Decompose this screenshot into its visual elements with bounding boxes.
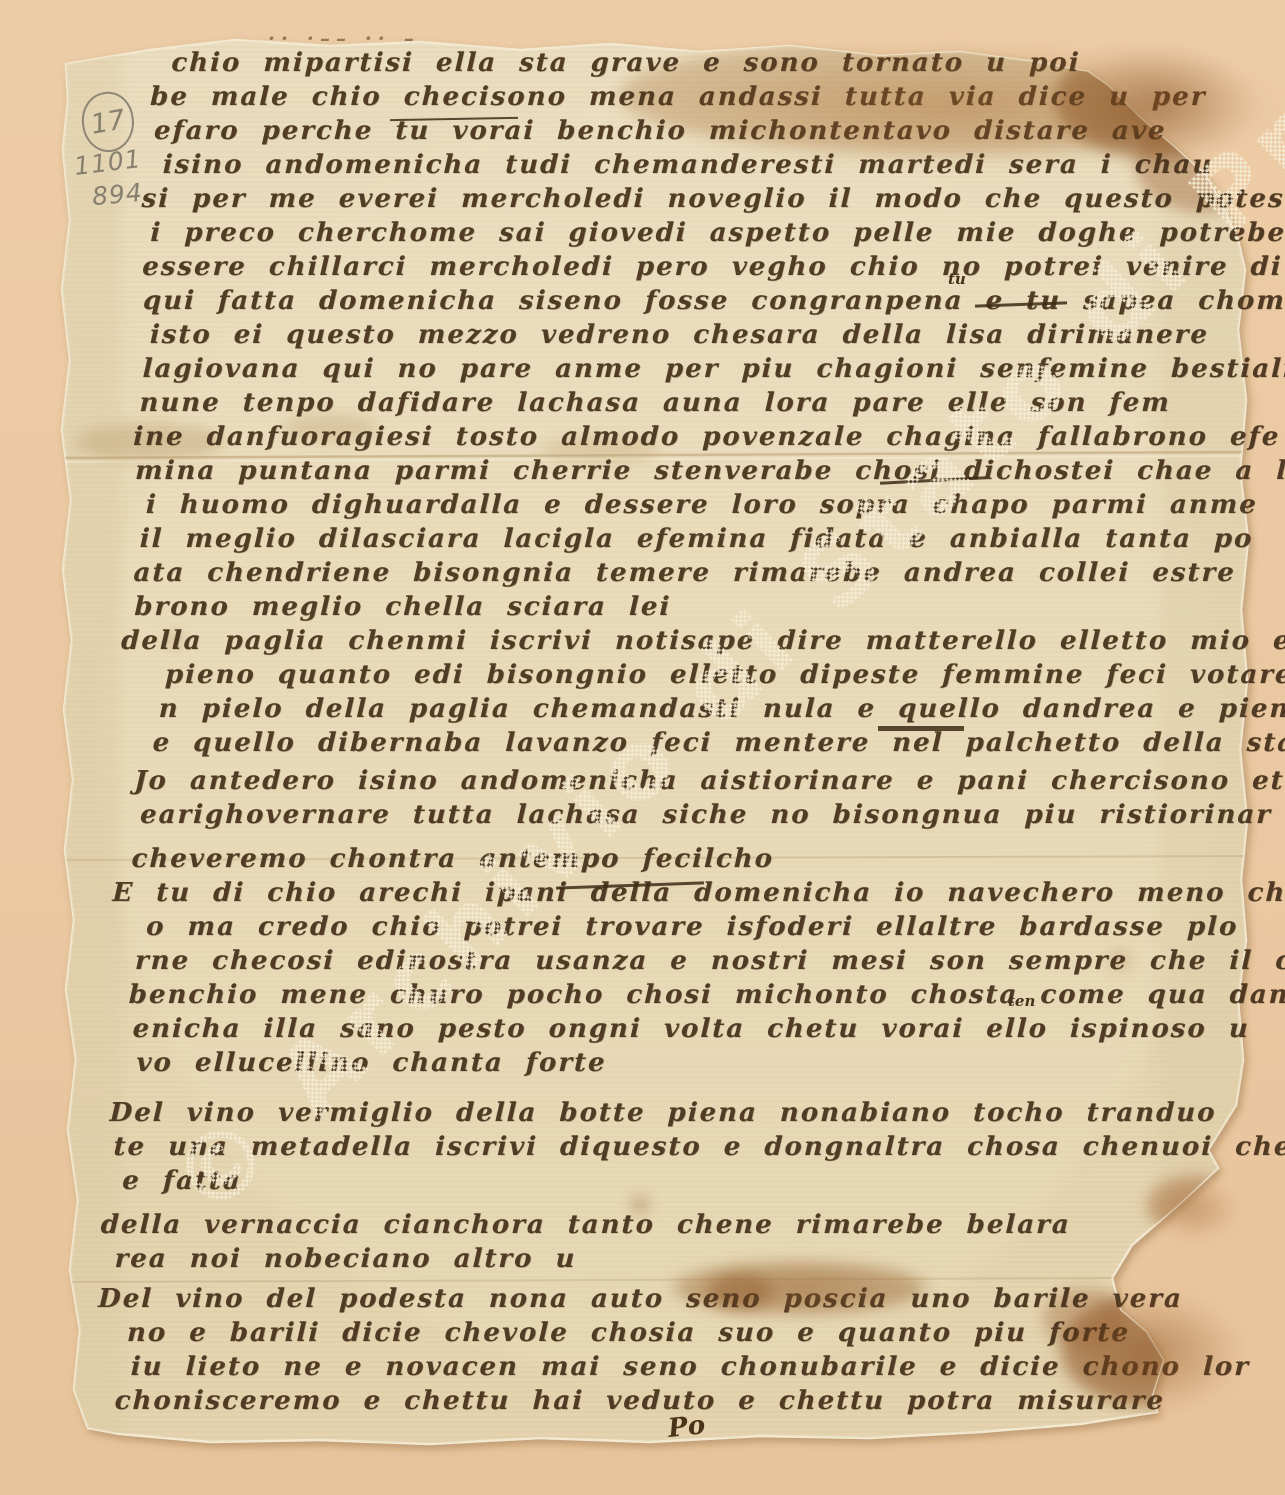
- manuscript-line: iu lieto ne e novacen mai seno chonubari…: [130, 1350, 1216, 1384]
- manuscript-line: si per me everei mercholedi noveglio il …: [141, 182, 1257, 216]
- closing-flourish: Po: [667, 1410, 708, 1444]
- manuscript-line: ine danfuoragiesi tosto almodo povenzale…: [133, 420, 1249, 454]
- manuscript-line: i huomo dighuardalla e dessere loro sopr…: [145, 488, 1246, 522]
- manuscript-line: rea noi nobeciano altro u: [114, 1242, 1220, 1276]
- manuscript-line: Del vino del podesta nona auto seno posc…: [98, 1282, 1219, 1316]
- manuscript-line: efaro perche tu vorai benchio michontent…: [153, 114, 1259, 148]
- manuscript-line: no e barili dicie chevole chosia suo e q…: [126, 1316, 1217, 1350]
- manuscript-line: chonisceremo e chettu hai veduto e chett…: [114, 1384, 1215, 1418]
- manuscript-line: isino andomenicha tudi chemanderesti mar…: [162, 148, 1258, 182]
- manuscript-line: i preco cherchome sai giovedi aspetto pe…: [150, 216, 1256, 250]
- superscript-insertion: ten: [1008, 992, 1035, 1010]
- manuscript-line: della vernaccia cianchora tanto chene ri…: [100, 1208, 1221, 1242]
- manuscript-line: il meglio dilasciara lacigla efemina fid…: [139, 522, 1245, 556]
- manuscript-line: rne checosi edinostra usanza e nostri me…: [134, 944, 1230, 978]
- manuscript-scan: ·· ·–– ·· – chio mipartisi ella sta grav…: [0, 0, 1285, 1495]
- manuscript-line: benchio mene churo pocho chosi michonto …: [128, 978, 1229, 1012]
- manuscript-line: mina puntana parmi cherrie stenverabe ch…: [135, 454, 1248, 488]
- inventory-number-bottom: 894: [91, 178, 144, 211]
- superscript-insertion: tu: [948, 270, 966, 288]
- strikethrough-mark: [878, 726, 964, 731]
- manuscript-line: E tu di chio arechi ipani della domenich…: [112, 876, 1233, 910]
- manuscript-line: chio mipartisi ella sta grave e sono tor…: [171, 46, 1262, 80]
- manuscript-line: ata chendriene bisongnia temere rimarebe…: [133, 556, 1244, 590]
- manuscript-line: brono meglio chella sciara lei: [134, 590, 1243, 624]
- manuscript-line: be male chio checisono mena andassi tutt…: [150, 80, 1261, 114]
- manuscript-line: o ma credo chio potrei trovare isfoderi …: [146, 910, 1232, 944]
- manuscript-line: earighovernare tutta lachasa siche no bi…: [140, 798, 1236, 832]
- manuscript-line: cheveremo chontra antempo fecilcho: [131, 842, 1234, 876]
